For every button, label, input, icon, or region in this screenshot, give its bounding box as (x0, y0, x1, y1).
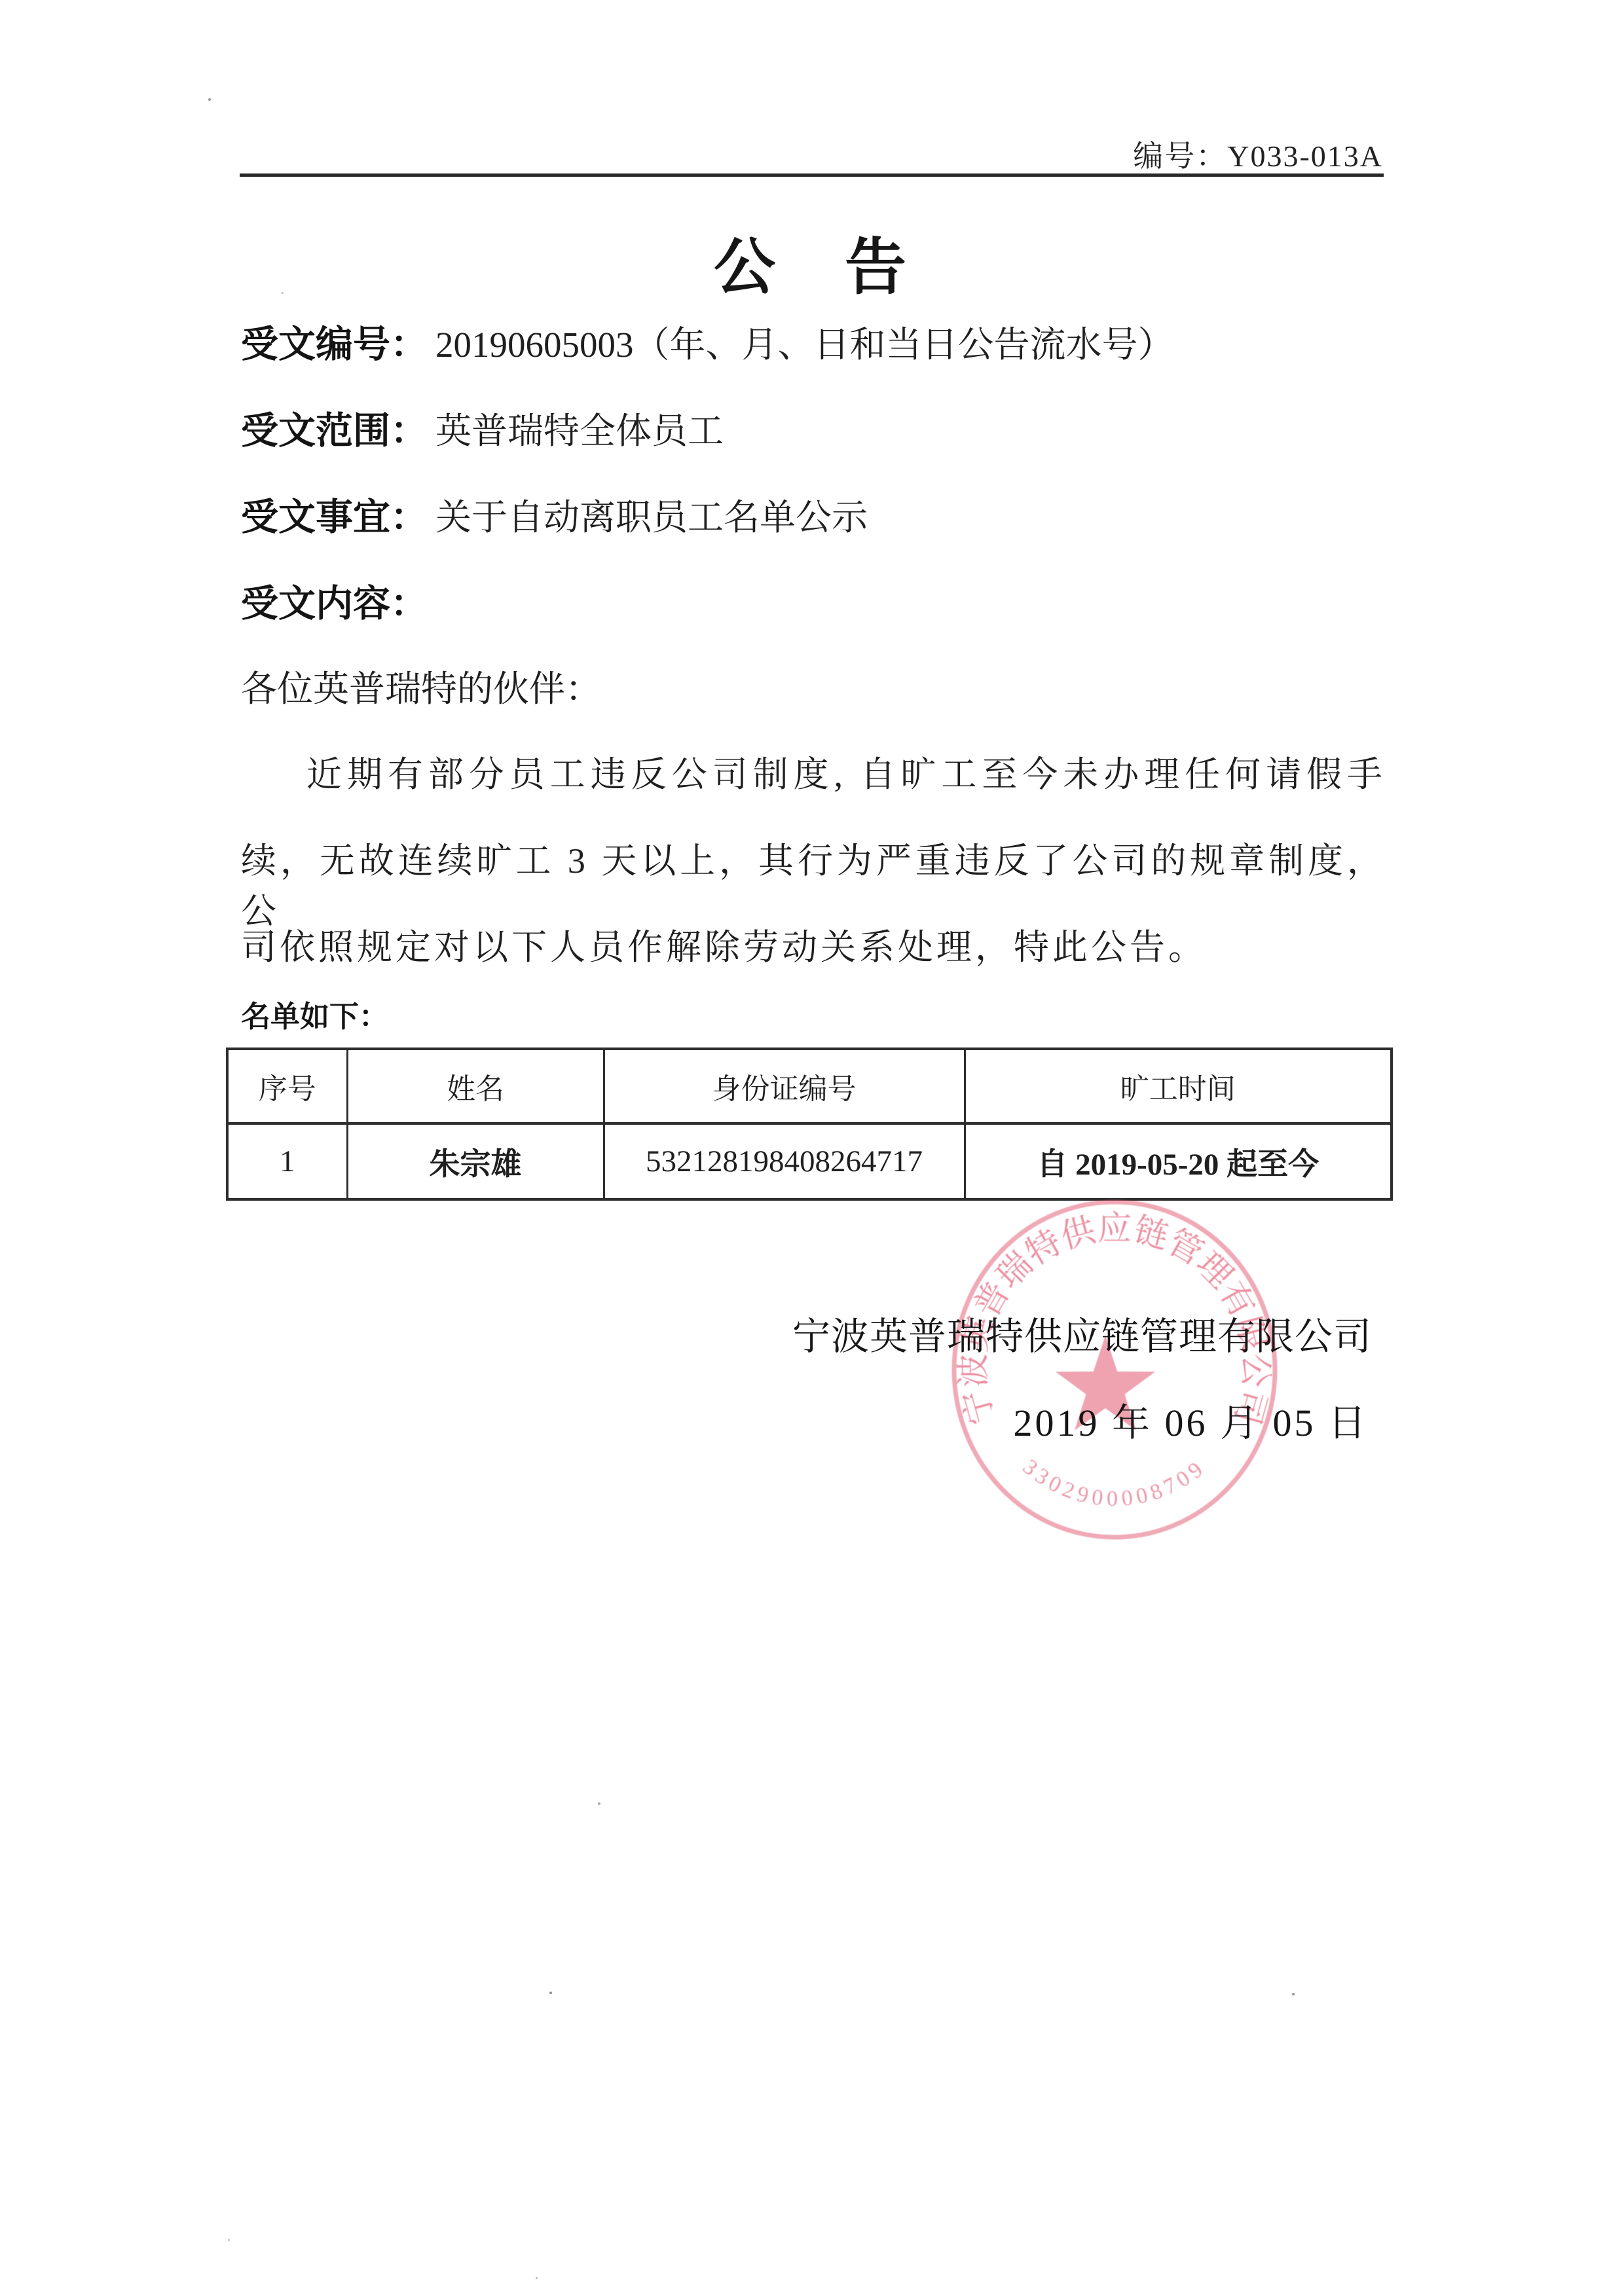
table-header-row: 序号 姓名 身份证编号 旷工时间 (227, 1049, 1392, 1123)
list-caption: 名单如下： (241, 993, 388, 1035)
signature-company: 宁波英普瑞特供应链管理有限公司 (792, 1305, 1372, 1360)
body-line-2: 续，无故连续旷工 3 天以上，其行为严重违反了公司的规章制度，公 (241, 833, 1386, 934)
field-scope-value: 英普瑞特全体员工 (435, 411, 724, 451)
col-header-index: 序号 (227, 1049, 347, 1123)
field-doc-number: 受文编号：20190605003（年、月、日和当日公告流水号） (241, 314, 1400, 368)
cell-id-number: 532128198408264717 (604, 1123, 965, 1199)
field-subject-value: 关于自动离职员工名单公示 (435, 498, 868, 538)
scan-speck (228, 2239, 230, 2241)
col-header-name: 姓名 (347, 1049, 604, 1123)
field-subject-label: 受文事宜： (241, 497, 428, 538)
scan-speck (549, 1992, 552, 1994)
doc-title: 公 告 (0, 217, 1624, 306)
field-doc-number-label: 受文编号： (241, 324, 428, 365)
scan-speck (598, 1802, 600, 1805)
company-seal-stamp: 宁波英普瑞特供应链管理有限公司 3302900008709 (947, 1197, 1282, 1542)
doc-ref-number: 编号：Y033-013A (1133, 132, 1383, 175)
signature-date: 2019 年 06 月 05 日 (1013, 1392, 1369, 1447)
body-line-3: 司依照规定对以下人员作解除劳动关系处理，特此公告。 (241, 919, 1386, 970)
field-content-label: 受文内容： (241, 583, 428, 625)
salutation: 各位英普瑞特的伙伴： (241, 660, 601, 712)
scan-speck (208, 98, 211, 101)
field-content: 受文内容： (241, 574, 1400, 627)
body-line-1: 近期有部分员工违反公司制度, 自旷工至今未办理任何请假手 (241, 746, 1386, 797)
field-scope-label: 受文范围： (241, 410, 428, 452)
col-header-absence-period: 旷工时间 (965, 1049, 1392, 1123)
field-doc-number-value: 20190605003（年、月、日和当日公告流水号） (435, 325, 1174, 365)
field-subject: 受文事宜：关于自动离职员工名单公示 (241, 487, 1400, 541)
cell-name: 朱宗雄 (347, 1123, 604, 1199)
cell-index: 1 (227, 1123, 347, 1199)
scan-speck (1292, 1993, 1295, 1995)
table-row: 1 朱宗雄 532128198408264717 自 2019-05-20 起至… (227, 1123, 1392, 1199)
field-scope: 受文范围：英普瑞特全体员工 (241, 401, 1400, 454)
seal-serial-number: 3302900008709 (1018, 1455, 1211, 1511)
scan-speck (536, 2277, 538, 2279)
document-page: 编号：Y033-013A 公 告 受文编号：20190605003（年、月、日和… (0, 0, 1624, 2296)
header-rule (240, 173, 1384, 177)
cell-absence-period: 自 2019-05-20 起至今 (965, 1123, 1392, 1199)
col-header-id-number: 身份证编号 (604, 1049, 965, 1123)
dismissal-table: 序号 姓名 身份证编号 旷工时间 1 朱宗雄 53212819840826471… (226, 1048, 1393, 1201)
scan-speck (282, 292, 284, 294)
